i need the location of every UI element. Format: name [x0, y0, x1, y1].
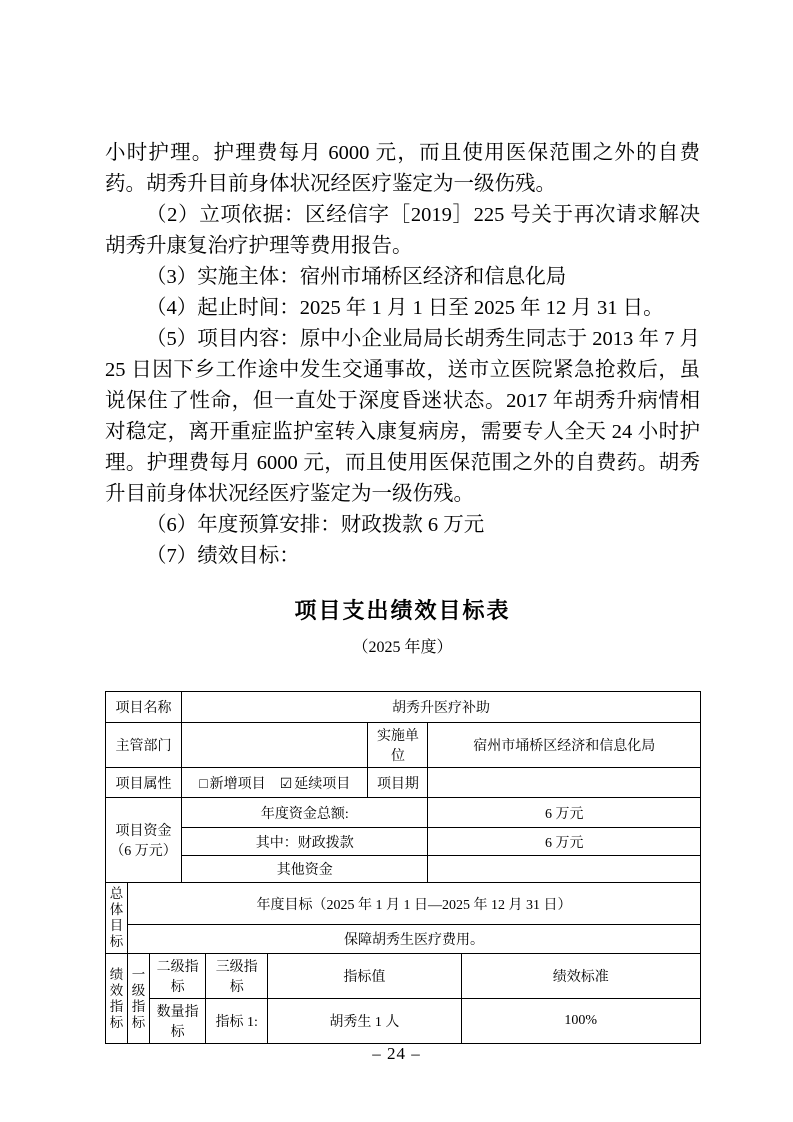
checkbox-continue-project: ☑延续项目	[280, 773, 351, 793]
table-title: 项目支出绩效目标表	[105, 594, 700, 625]
funds-fiscal-label: 其中：财政拨款	[182, 828, 428, 856]
table-row: 其他资金	[106, 856, 701, 883]
table-row: 主管部门 实施单位 宿州市埇桥区经济和信息化局	[106, 723, 701, 768]
impl-unit-value: 宿州市埇桥区经济和信息化局	[428, 723, 701, 768]
period-label: 项目期	[368, 768, 428, 798]
annual-goal-header: 年度目标（2025 年 1 月 1 日—2025 年 12 月 31 日）	[128, 883, 701, 925]
document-page: 小时护理。护理费每月 6000 元，而且使用医保范围之外的自费药。胡秀升目前身体…	[0, 0, 793, 1122]
paragraph-continuation: 小时护理。护理费每月 6000 元，而且使用医保范围之外的自费药。胡秀升目前身体…	[105, 138, 700, 200]
funds-total-value: 6 万元	[428, 798, 701, 828]
indicator-1-cell: 指标 1:	[206, 999, 268, 1044]
perf-indicator-label: 绩效指标	[106, 954, 128, 1044]
table-row: 数量指标 指标 1: 胡秀生 1 人 100%	[106, 999, 701, 1044]
level2-indicator-header: 二级指标	[150, 954, 206, 999]
table-row: 其中：财政拨款 6 万元	[106, 828, 701, 856]
funds-total-label: 年度资金总额:	[182, 798, 428, 828]
annual-goal-value: 保障胡秀生医疗费用。	[128, 925, 701, 954]
funds-label: 项目资金 （6 万元）	[106, 798, 182, 883]
quantity-indicator-cell: 数量指标	[150, 999, 206, 1044]
attr-label: 项目属性	[106, 768, 182, 798]
checkbox-unchecked-icon: □	[199, 777, 207, 793]
table-row: 总体目标 年度目标（2025 年 1 月 1 日—2025 年 12 月 31 …	[106, 883, 701, 925]
funds-label-line1: 项目资金	[109, 820, 178, 840]
checkbox-new-label: 新增项目	[210, 777, 266, 792]
table-row: 项目资金 （6 万元） 年度资金总额: 6 万元	[106, 798, 701, 828]
indicator-value-header: 指标值	[268, 954, 461, 999]
funds-label-line2: （6 万元）	[109, 840, 178, 860]
page-number: – 24 –	[0, 1044, 793, 1064]
table-row: 项目属性 □新增项目 ☑延续项目 项目期	[106, 768, 701, 798]
attr-options-cell: □新增项目 ☑延续项目	[182, 768, 368, 798]
paragraph-item-2: （2）立项依据：区经信字［2019］225 号关于再次请求解决胡秀升康复治疗护理…	[105, 200, 700, 262]
table-subtitle: （2025 年度）	[105, 634, 700, 657]
level1-indicator-label: 一级指标	[128, 954, 150, 1044]
checkbox-new-project: □新增项目	[199, 773, 265, 793]
table-row: 保障胡秀生医疗费用。	[106, 925, 701, 954]
table-row: 项目名称 胡秀升医疗补助	[106, 692, 701, 723]
perf-standard-header: 绩效标准	[461, 954, 700, 999]
dept-value	[182, 723, 368, 768]
funds-other-value	[428, 856, 701, 883]
period-value	[428, 768, 701, 798]
checkbox-checked-icon: ☑	[280, 776, 293, 793]
paragraph-item-7: （7）绩效目标：	[105, 541, 700, 572]
dept-label: 主管部门	[106, 723, 182, 768]
table-row: 绩效指标 一级指标 二级指标 三级指标 指标值 绩效标准	[106, 954, 701, 999]
paragraph-item-5: （5）项目内容：原中小企业局局长胡秀生同志于 2013 年 7 月 25 日因下…	[105, 324, 700, 510]
project-name-label: 项目名称	[106, 692, 182, 723]
overall-goal-label: 总体目标	[106, 883, 128, 954]
indicator-value-cell: 胡秀生 1 人	[268, 999, 461, 1044]
performance-target-table: 项目名称 胡秀升医疗补助 主管部门 实施单位 宿州市埇桥区经济和信息化局 项目属…	[105, 691, 701, 1044]
funds-other-label: 其他资金	[182, 856, 428, 883]
paragraph-item-3: （3）实施主体：宿州市埇桥区经济和信息化局	[105, 262, 700, 293]
checkbox-continue-label: 延续项目	[294, 777, 350, 792]
impl-unit-label: 实施单位	[368, 723, 428, 768]
level3-indicator-header: 三级指标	[206, 954, 268, 999]
project-name-value: 胡秀升医疗补助	[182, 692, 701, 723]
body-text: 小时护理。护理费每月 6000 元，而且使用医保范围之外的自费药。胡秀升目前身体…	[105, 138, 700, 572]
funds-fiscal-value: 6 万元	[428, 828, 701, 856]
paragraph-item-6: （6）年度预算安排：财政拨款 6 万元	[105, 510, 700, 541]
paragraph-item-4: （4）起止时间：2025 年 1 月 1 日至 2025 年 12 月 31 日…	[105, 293, 700, 324]
checkbox-row: □新增项目 ☑延续项目	[185, 773, 364, 793]
perf-standard-cell: 100%	[461, 999, 700, 1044]
